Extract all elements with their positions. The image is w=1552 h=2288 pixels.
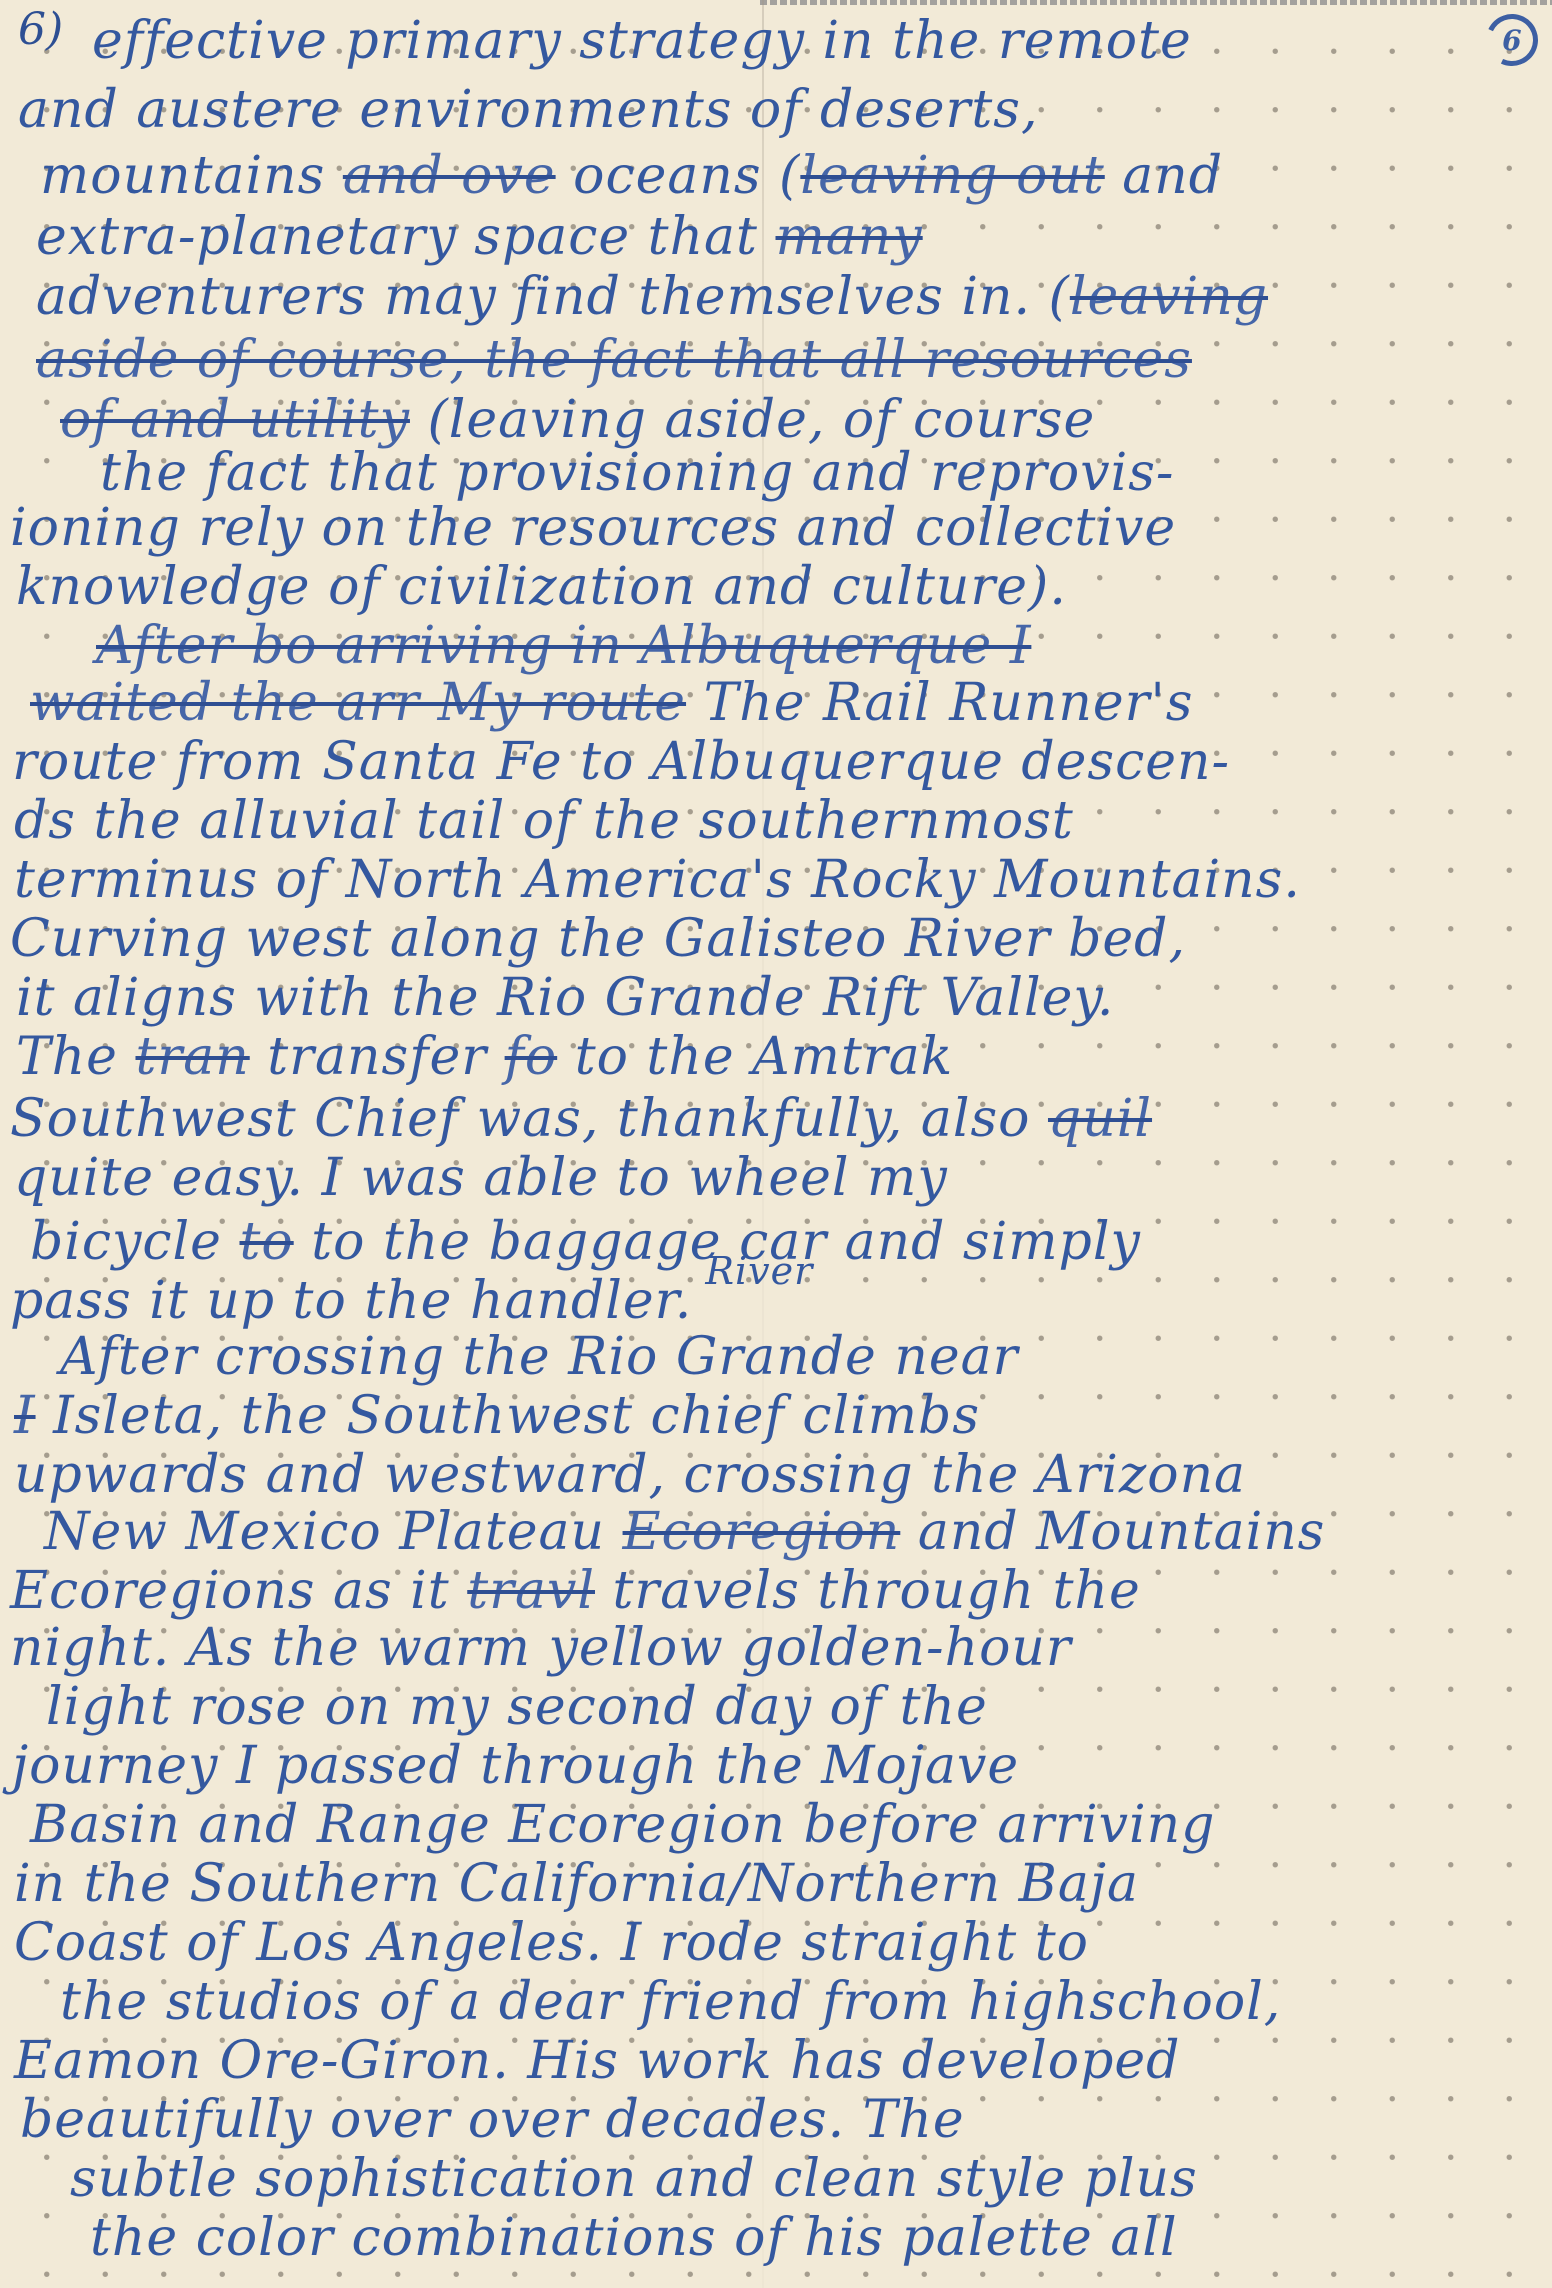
struck-text: tran — [135, 1027, 249, 1087]
entry-number: 6) — [18, 4, 63, 55]
page-number-circle: 6 — [1479, 7, 1546, 74]
struck-text: many — [776, 207, 923, 267]
text-segment: adventurers may find themselves in. ( — [36, 267, 1070, 327]
struck-text: leaving — [1070, 267, 1268, 327]
text-segment: to the Amtrak — [557, 1027, 953, 1087]
text-line: the color combinations of his palette al… — [90, 2200, 1178, 2288]
struck-text: quil — [1048, 1089, 1152, 1149]
notebook-page: 6) 6 effective primary strategy in the r… — [0, 0, 1552, 2288]
text-segment: the color combinations of his palette al… — [90, 2208, 1178, 2268]
text-segment: The — [16, 1027, 135, 1087]
text-segment: extra-planetary space that — [36, 207, 776, 267]
struck-text: fo — [505, 1027, 558, 1087]
text-segment: transfer — [250, 1027, 505, 1087]
struck-text: and ove — [343, 146, 556, 206]
text-segment: quite easy. I was able to wheel my — [14, 1148, 948, 1208]
text-segment: effective primary strategy in the remote — [92, 11, 1192, 71]
text-segment: River — [692, 1249, 813, 1293]
struck-text: aside of course, the fact that all resou… — [36, 330, 1192, 390]
text-segment: oceans ( — [556, 146, 801, 206]
struck-text: leaving out — [800, 146, 1104, 206]
page-number: 6 — [1502, 24, 1521, 57]
text-segment: and austere environments of deserts, — [18, 80, 1039, 140]
text-segment: and — [1105, 146, 1223, 206]
text-segment: mountains — [40, 146, 343, 206]
